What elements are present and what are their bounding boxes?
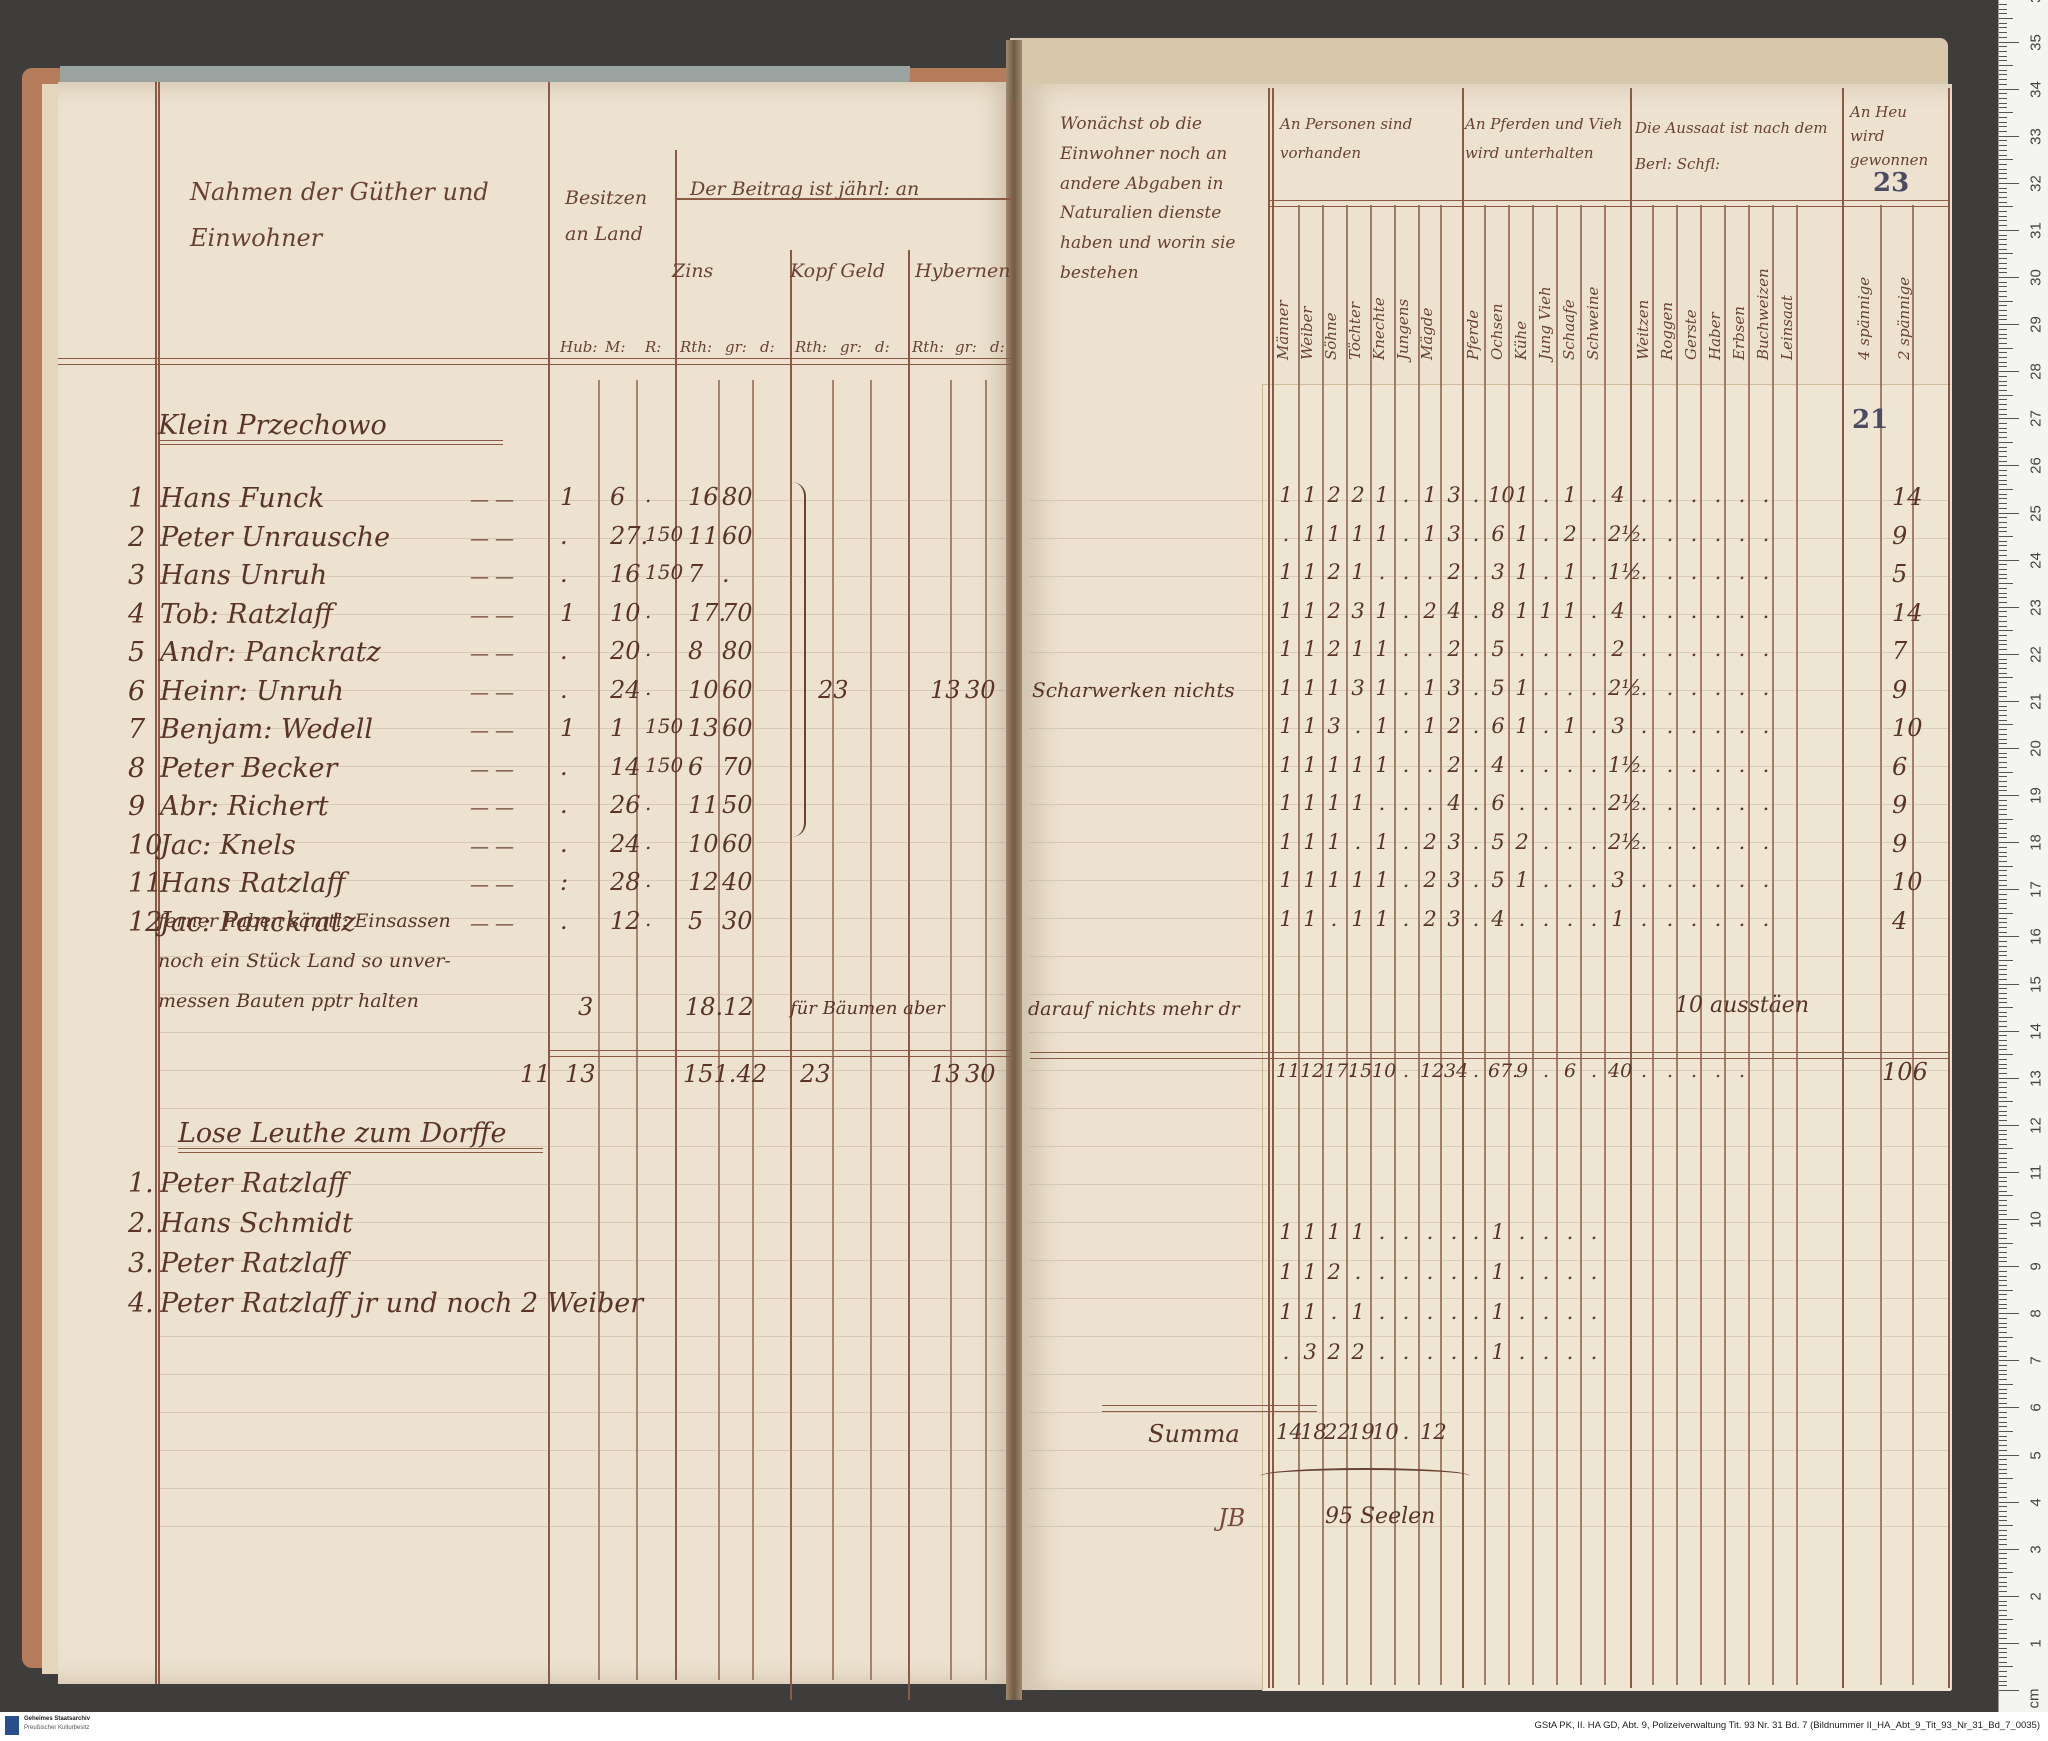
header-cattle-group: An Pferden und Vieh wird unterhalten (1465, 110, 1625, 167)
ruler-tick (1999, 136, 2019, 137)
data-cell: . (1732, 485, 1752, 506)
rotated-col-header: 4 spännige (1855, 277, 1873, 360)
ruler-label: 17 (2028, 877, 2045, 903)
zins-rth-value: 5 (688, 909, 703, 933)
data-cell: 1 (1300, 639, 1320, 660)
ruler-tick (1999, 527, 2007, 528)
data-cell: . (1512, 639, 1532, 660)
ruler-tick (1999, 352, 2007, 353)
zins-rth-value: 16 (688, 485, 719, 509)
ruler-tick (1999, 1643, 2019, 1644)
ruler-tick (1999, 1652, 2007, 1653)
note-line-3: messen Bauten pptr halten (158, 992, 419, 1011)
left-subcol-rule (718, 380, 720, 1680)
data-cell: . (1396, 832, 1416, 853)
page-number-stamp: 23 (1873, 168, 1909, 198)
ruler-tick (1999, 211, 2007, 212)
data-cell: . (1466, 870, 1486, 891)
ruler-tick (1999, 1337, 2013, 1338)
data-cell: . (1396, 909, 1416, 930)
ruler-tick (1999, 1535, 2007, 1536)
ruler-tick (1999, 74, 2007, 75)
faint-line (1030, 1412, 1948, 1413)
data-cell: 2 (1444, 755, 1464, 776)
hub-value: . (560, 755, 568, 779)
ruler-tick (1999, 159, 2013, 160)
data-cell: . (1708, 832, 1728, 853)
ruler-tick (1999, 1346, 2007, 1347)
ruler-tick (1999, 1195, 2013, 1196)
data-cell: 6 (1488, 524, 1508, 545)
header-land-col: Besitzen an Land (565, 180, 675, 252)
data-cell: 1 (1512, 601, 1532, 622)
ruler-tick (1999, 1290, 2013, 1291)
ruler-tick (1999, 235, 2007, 236)
ruler-tick (1999, 988, 2007, 989)
total-cell: 12 (1300, 1062, 1320, 1081)
data-cell: . (1584, 678, 1604, 699)
left-subcol-rule (752, 380, 754, 1680)
total-cell: . (1396, 1062, 1416, 1081)
ruler-label: 36 (2028, 0, 2045, 8)
totals-rule (548, 1050, 1012, 1057)
data-cell: . (1372, 1342, 1392, 1363)
ruler-tick (1999, 1191, 2007, 1192)
data-cell: 2 (1324, 485, 1344, 506)
data-cell: . (1466, 562, 1486, 583)
ruler-tick (1999, 597, 2007, 598)
hay-value: 14 (1892, 601, 1923, 625)
ruler-tick (1999, 932, 2007, 933)
ruler-tick (1999, 112, 2013, 113)
ruler-tick (1999, 1553, 2007, 1554)
data-cell: . (1560, 793, 1580, 814)
right-totals-rule (1030, 1052, 1948, 1059)
rotated-col-header: Kühe (1512, 321, 1530, 360)
ruler-tick (1999, 122, 2007, 123)
data-cell: . (1466, 601, 1486, 622)
data-cell: . (1584, 562, 1604, 583)
rotated-col-header: Knechte (1370, 297, 1388, 360)
data-cell: . (1560, 1302, 1580, 1323)
data-cell: . (1660, 678, 1680, 699)
right-subcol-rule (1298, 205, 1300, 1685)
data-cell: . (1536, 524, 1556, 545)
ruler-tick (1999, 1181, 2007, 1182)
ruler-tick (1999, 743, 2007, 744)
ruler-tick (1999, 1271, 2007, 1272)
ruler-tick (1999, 334, 2007, 335)
ruler-unit: cm (2026, 1689, 2043, 1709)
ruler-label: 18 (2028, 830, 2045, 856)
data-cell: . (1660, 639, 1680, 660)
data-cell: 3 (1608, 870, 1628, 891)
data-cell: . (1684, 716, 1704, 737)
data-cell: . (1708, 678, 1728, 699)
data-cell: 1 (1512, 485, 1532, 506)
ruler-tick (1999, 837, 2007, 838)
ruler-tick (1999, 1167, 2007, 1168)
data-cell: 1 (1372, 639, 1392, 660)
faint-line (1030, 1260, 1948, 1261)
ruler-tick (1999, 659, 2007, 660)
ruler-tick (1999, 1252, 2007, 1253)
data-cell: . (1732, 716, 1752, 737)
data-cell: . (1634, 639, 1654, 660)
summa-cell: 18 (1300, 1422, 1320, 1443)
unit-label: R: (645, 340, 661, 355)
institution-subtitle: Preußischer Kulturbesitz (24, 1725, 89, 1731)
hub-value: . (560, 562, 568, 586)
data-cell: 3 (1488, 562, 1508, 583)
data-cell: 2 (1444, 639, 1464, 660)
left-col-rule (790, 250, 792, 1700)
ruler-tick (1999, 550, 2007, 551)
ruler-label: 11 (2028, 1159, 2045, 1185)
data-cell: 4 (1608, 485, 1628, 506)
ruler-tick (1999, 767, 2007, 768)
row-number: 1 (128, 485, 145, 512)
data-cell: 3 (1444, 524, 1464, 545)
ruler-tick (1999, 677, 2013, 678)
ruthen-value: . (645, 832, 651, 852)
data-cell: 2 (1608, 639, 1628, 660)
data-cell: 1 (1372, 485, 1392, 506)
zins-gr-value: 60 (722, 716, 753, 740)
data-cell: . (1708, 716, 1728, 737)
data-cell: . (1466, 1342, 1486, 1363)
header-bottom-rule (58, 358, 1012, 365)
ruler-tick (1999, 1026, 2007, 1027)
ruler-tick (1999, 18, 2013, 19)
data-cell: . (1584, 524, 1604, 545)
faint-line (160, 1108, 1010, 1109)
data-cell: 1 (1560, 562, 1580, 583)
ruler-tick (1999, 1398, 2007, 1399)
ruler-tick (1999, 244, 2007, 245)
left-subcol-rule (985, 380, 987, 1680)
data-cell: . (1444, 1262, 1464, 1283)
data-cell: . (1560, 678, 1580, 699)
ruler-tick (1999, 89, 2019, 90)
data-cell: 1 (1488, 1302, 1508, 1323)
right-subcol-rule (1772, 205, 1774, 1685)
section1-title: Klein Przechowo (158, 412, 387, 439)
ruler-tick (1999, 498, 2007, 499)
morgen-value: 24 (610, 832, 641, 856)
ruler-tick (1999, 202, 2007, 203)
data-cell: . (1660, 755, 1680, 776)
ruler-tick (1999, 484, 2007, 485)
data-cell: 2 (1324, 562, 1344, 583)
ruthen-value: . (645, 485, 651, 505)
ruler-tick (1999, 296, 2007, 297)
ruler-label: 31 (2028, 217, 2045, 243)
data-cell: 5 (1488, 678, 1508, 699)
total-cell: 6 (1560, 1062, 1580, 1081)
ruler-tick (1999, 286, 2007, 287)
zins-gr-value: 80 (722, 639, 753, 663)
data-cell: 1 (1512, 678, 1532, 699)
data-cell: . (1634, 678, 1654, 699)
data-cell: . (1420, 639, 1440, 660)
morgen-value: 1 (610, 716, 625, 740)
ruler-tick (1999, 1586, 2007, 1587)
ruler-tick (1999, 197, 2007, 198)
ruler-tick (1999, 555, 2007, 556)
ruler-tick (1999, 310, 2007, 311)
ruler-label: 21 (2028, 688, 2045, 714)
summa-cell: 19 (1348, 1422, 1368, 1443)
row-number: 4. (128, 1290, 154, 1317)
data-cell: . (1756, 793, 1776, 814)
data-cell: . (1466, 1222, 1486, 1243)
faint-line (1030, 1374, 1948, 1375)
hay-total: 106 (1882, 1060, 1928, 1084)
ruler-tick (1999, 1596, 2019, 1597)
right-group-rule (1630, 88, 1632, 1688)
data-cell: 1 (1300, 562, 1320, 583)
data-cell: 1 (1372, 755, 1392, 776)
rotated-col-header: Erbsen (1730, 306, 1748, 360)
data-cell: . (1396, 524, 1416, 545)
data-cell: 1 (1488, 1262, 1508, 1283)
ruler-tick (1999, 385, 2007, 386)
data-cell: . (1466, 755, 1486, 776)
resident-name: Peter Ratzlaff jr und noch 2 Weiber (160, 1290, 643, 1317)
data-cell: 1 (1348, 909, 1368, 930)
data-cell: . (1372, 562, 1392, 583)
zins-gr-value: 70 (722, 601, 753, 625)
ruler-tick (1999, 1445, 2007, 1446)
rotated-col-header: 2 spännige (1895, 277, 1913, 360)
ruler-label: 10 (2028, 1207, 2045, 1233)
data-cell: 1 (1420, 716, 1440, 737)
faint-line (1030, 1450, 1948, 1451)
total-cell: . (1660, 1062, 1680, 1081)
ruler-tick (1999, 814, 2007, 815)
ruler-tick (1999, 216, 2007, 217)
data-cell: 3 (1444, 485, 1464, 506)
data-cell: . (1396, 793, 1416, 814)
ruthen-value: 150 (645, 716, 683, 736)
row-number: 3. (128, 1250, 154, 1277)
unit-label: d: (760, 340, 775, 355)
ruler-tick (1999, 852, 2007, 853)
resident-name: Andr: Panckratz (160, 639, 381, 666)
total-cell: 40 (1608, 1062, 1628, 1081)
data-cell: . (1420, 1222, 1440, 1243)
ruler-tick (1999, 418, 2019, 419)
faint-line (160, 1032, 1010, 1033)
ruler-tick (1999, 173, 2007, 174)
hay-value: 10 (1892, 716, 1923, 740)
data-cell: 1 (1324, 793, 1344, 814)
data-cell: 1 (1420, 678, 1440, 699)
data-cell: 2 (1324, 1262, 1344, 1283)
data-cell: . (1634, 909, 1654, 930)
ruler-tick (1999, 1530, 2007, 1531)
morgen-value: 16 (610, 562, 641, 586)
ruler-tick (1999, 1563, 2007, 1564)
ruler-tick (1999, 724, 2013, 725)
row-number: 9 (128, 793, 145, 820)
ruler-tick (1999, 1638, 2007, 1639)
right-group-rule (1842, 88, 1844, 1688)
data-cell: . (1536, 678, 1556, 699)
header-zins-col: Zins (672, 262, 713, 281)
data-cell: 2 (1420, 601, 1440, 622)
data-cell: 1 (1348, 870, 1368, 891)
data-cell: . (1348, 716, 1368, 737)
hub-value: . (560, 909, 568, 933)
ruthen-value: 150 (645, 562, 683, 582)
data-cell: 8 (1488, 601, 1508, 622)
header-hay-group: An Heu wird gewonnen (1850, 100, 1940, 172)
zins-gr-value: . (722, 562, 730, 586)
ruler-tick (1999, 1257, 2007, 1258)
ruler-tick (1999, 611, 2007, 612)
ruler-tick (1999, 1440, 2007, 1441)
ruler-tick (1999, 1059, 2007, 1060)
resident-name: Heinr: Unruh (160, 678, 344, 705)
ruler-tick (1999, 480, 2007, 481)
data-cell: . (1560, 832, 1580, 853)
unit-label: Hub: (560, 340, 597, 355)
ruler-tick (1999, 1671, 2007, 1672)
data-cell: 2 (1512, 832, 1532, 853)
data-cell: . (1756, 601, 1776, 622)
right-subcol-rule (1370, 205, 1372, 1685)
data-cell: . (1276, 524, 1296, 545)
ruthen-value: . (645, 909, 651, 929)
data-cell: . (1660, 832, 1680, 853)
data-cell: 1 (1512, 524, 1532, 545)
total-cell: . (1466, 1062, 1486, 1081)
ruler-tick (1999, 1582, 2007, 1583)
data-cell: . (1708, 601, 1728, 622)
faint-line (1030, 1488, 1948, 1489)
total-cell: 9 (1512, 1062, 1532, 1081)
ruler-tick (1999, 1459, 2007, 1460)
total-morgen: 13 (565, 1062, 596, 1086)
ruler-tick (1999, 1591, 2007, 1592)
data-cell: 1 (1372, 832, 1392, 853)
hay-value: 5 (1892, 562, 1907, 586)
right-subcol-rule (1700, 205, 1702, 1685)
ruler-tick (1999, 37, 2007, 38)
data-cell: . (1684, 870, 1704, 891)
data-cell: 1 (1372, 870, 1392, 891)
ruler-tick (1999, 960, 2013, 961)
ruler-tick (1999, 1676, 2007, 1677)
data-cell: . (1756, 562, 1776, 583)
data-cell: 1 (1372, 716, 1392, 737)
data-cell: 1 (1488, 1342, 1508, 1363)
data-cell: . (1634, 562, 1654, 583)
data-cell: 1 (1276, 601, 1296, 622)
ruler-tick (1999, 885, 2007, 886)
ruler-label: 20 (2028, 736, 2045, 762)
ruler-tick (1999, 1266, 2019, 1267)
morgen-value: 14 (610, 755, 641, 779)
ruler-tick (1999, 644, 2007, 645)
ruler-tick (1999, 1130, 2007, 1131)
ruler-label: 7 (2028, 1348, 2045, 1374)
data-cell: . (1584, 909, 1604, 930)
ruler-tick (1999, 1045, 2007, 1046)
data-cell: 4 (1444, 793, 1464, 814)
data-cell: 3 (1444, 909, 1464, 930)
ruler-tick (1999, 1101, 2013, 1102)
data-cell: . (1396, 755, 1416, 776)
ruler-tick (1999, 979, 2007, 980)
ruler-tick (1999, 494, 2007, 495)
data-cell: 2 (1348, 1342, 1368, 1363)
ruler-tick (1999, 899, 2007, 900)
data-cell: . (1276, 1342, 1296, 1363)
ruler-tick (1999, 861, 2007, 862)
faint-line (160, 1412, 1010, 1413)
ruler-tick (1999, 1431, 2013, 1432)
right-subcol-rule (1912, 205, 1914, 1685)
ruler-tick (1999, 1035, 2007, 1036)
rotated-col-header: Pferde (1464, 310, 1482, 360)
faint-line (1030, 1336, 1948, 1337)
ruler-tick (1999, 150, 2007, 151)
ruler-tick (1999, 272, 2007, 273)
data-cell: . (1512, 793, 1532, 814)
dash-leader: — — (470, 876, 514, 895)
ruler-tick (1999, 1629, 2007, 1630)
data-cell: . (1512, 1262, 1532, 1283)
ruler-tick (1999, 889, 2019, 890)
rotated-col-header: Mägde (1418, 308, 1436, 360)
data-cell: . (1708, 909, 1728, 930)
data-cell: . (1732, 909, 1752, 930)
left-subcol-rule (832, 380, 834, 1680)
data-cell: . (1660, 601, 1680, 622)
data-cell: 5 (1488, 639, 1508, 660)
ruler-tick (1999, 786, 2007, 787)
hub-value: . (560, 639, 568, 663)
ruler-tick (1999, 1012, 2007, 1013)
data-cell: 6 (1488, 716, 1508, 737)
ruler-tick (1999, 84, 2007, 85)
ruler-tick (1999, 781, 2007, 782)
ruler-tick (1999, 1238, 2007, 1239)
bracket-hybernen-gr: 30 (965, 678, 996, 702)
ruler-tick (1999, 1016, 2007, 1017)
note-line-1: ferner haben sämtl: Einsassen (158, 912, 451, 931)
data-cell: 1 (1300, 909, 1320, 930)
data-cell: 1 (1276, 832, 1296, 853)
data-cell: 1 (1276, 485, 1296, 506)
faint-line (1030, 994, 1948, 995)
data-cell: . (1660, 485, 1680, 506)
ruler-tick (1999, 79, 2007, 80)
ruler-tick (1999, 399, 2007, 400)
morgen-value: 12 (610, 909, 641, 933)
data-cell: . (1732, 755, 1752, 776)
ruler-tick (1999, 757, 2007, 758)
ruler-tick (1999, 913, 2013, 914)
data-cell: . (1372, 793, 1392, 814)
right-subcol-rule (1724, 205, 1726, 1685)
ruler-tick (1999, 470, 2007, 471)
dash-leader: — — (470, 915, 514, 934)
ruthen-value: . (645, 678, 651, 698)
